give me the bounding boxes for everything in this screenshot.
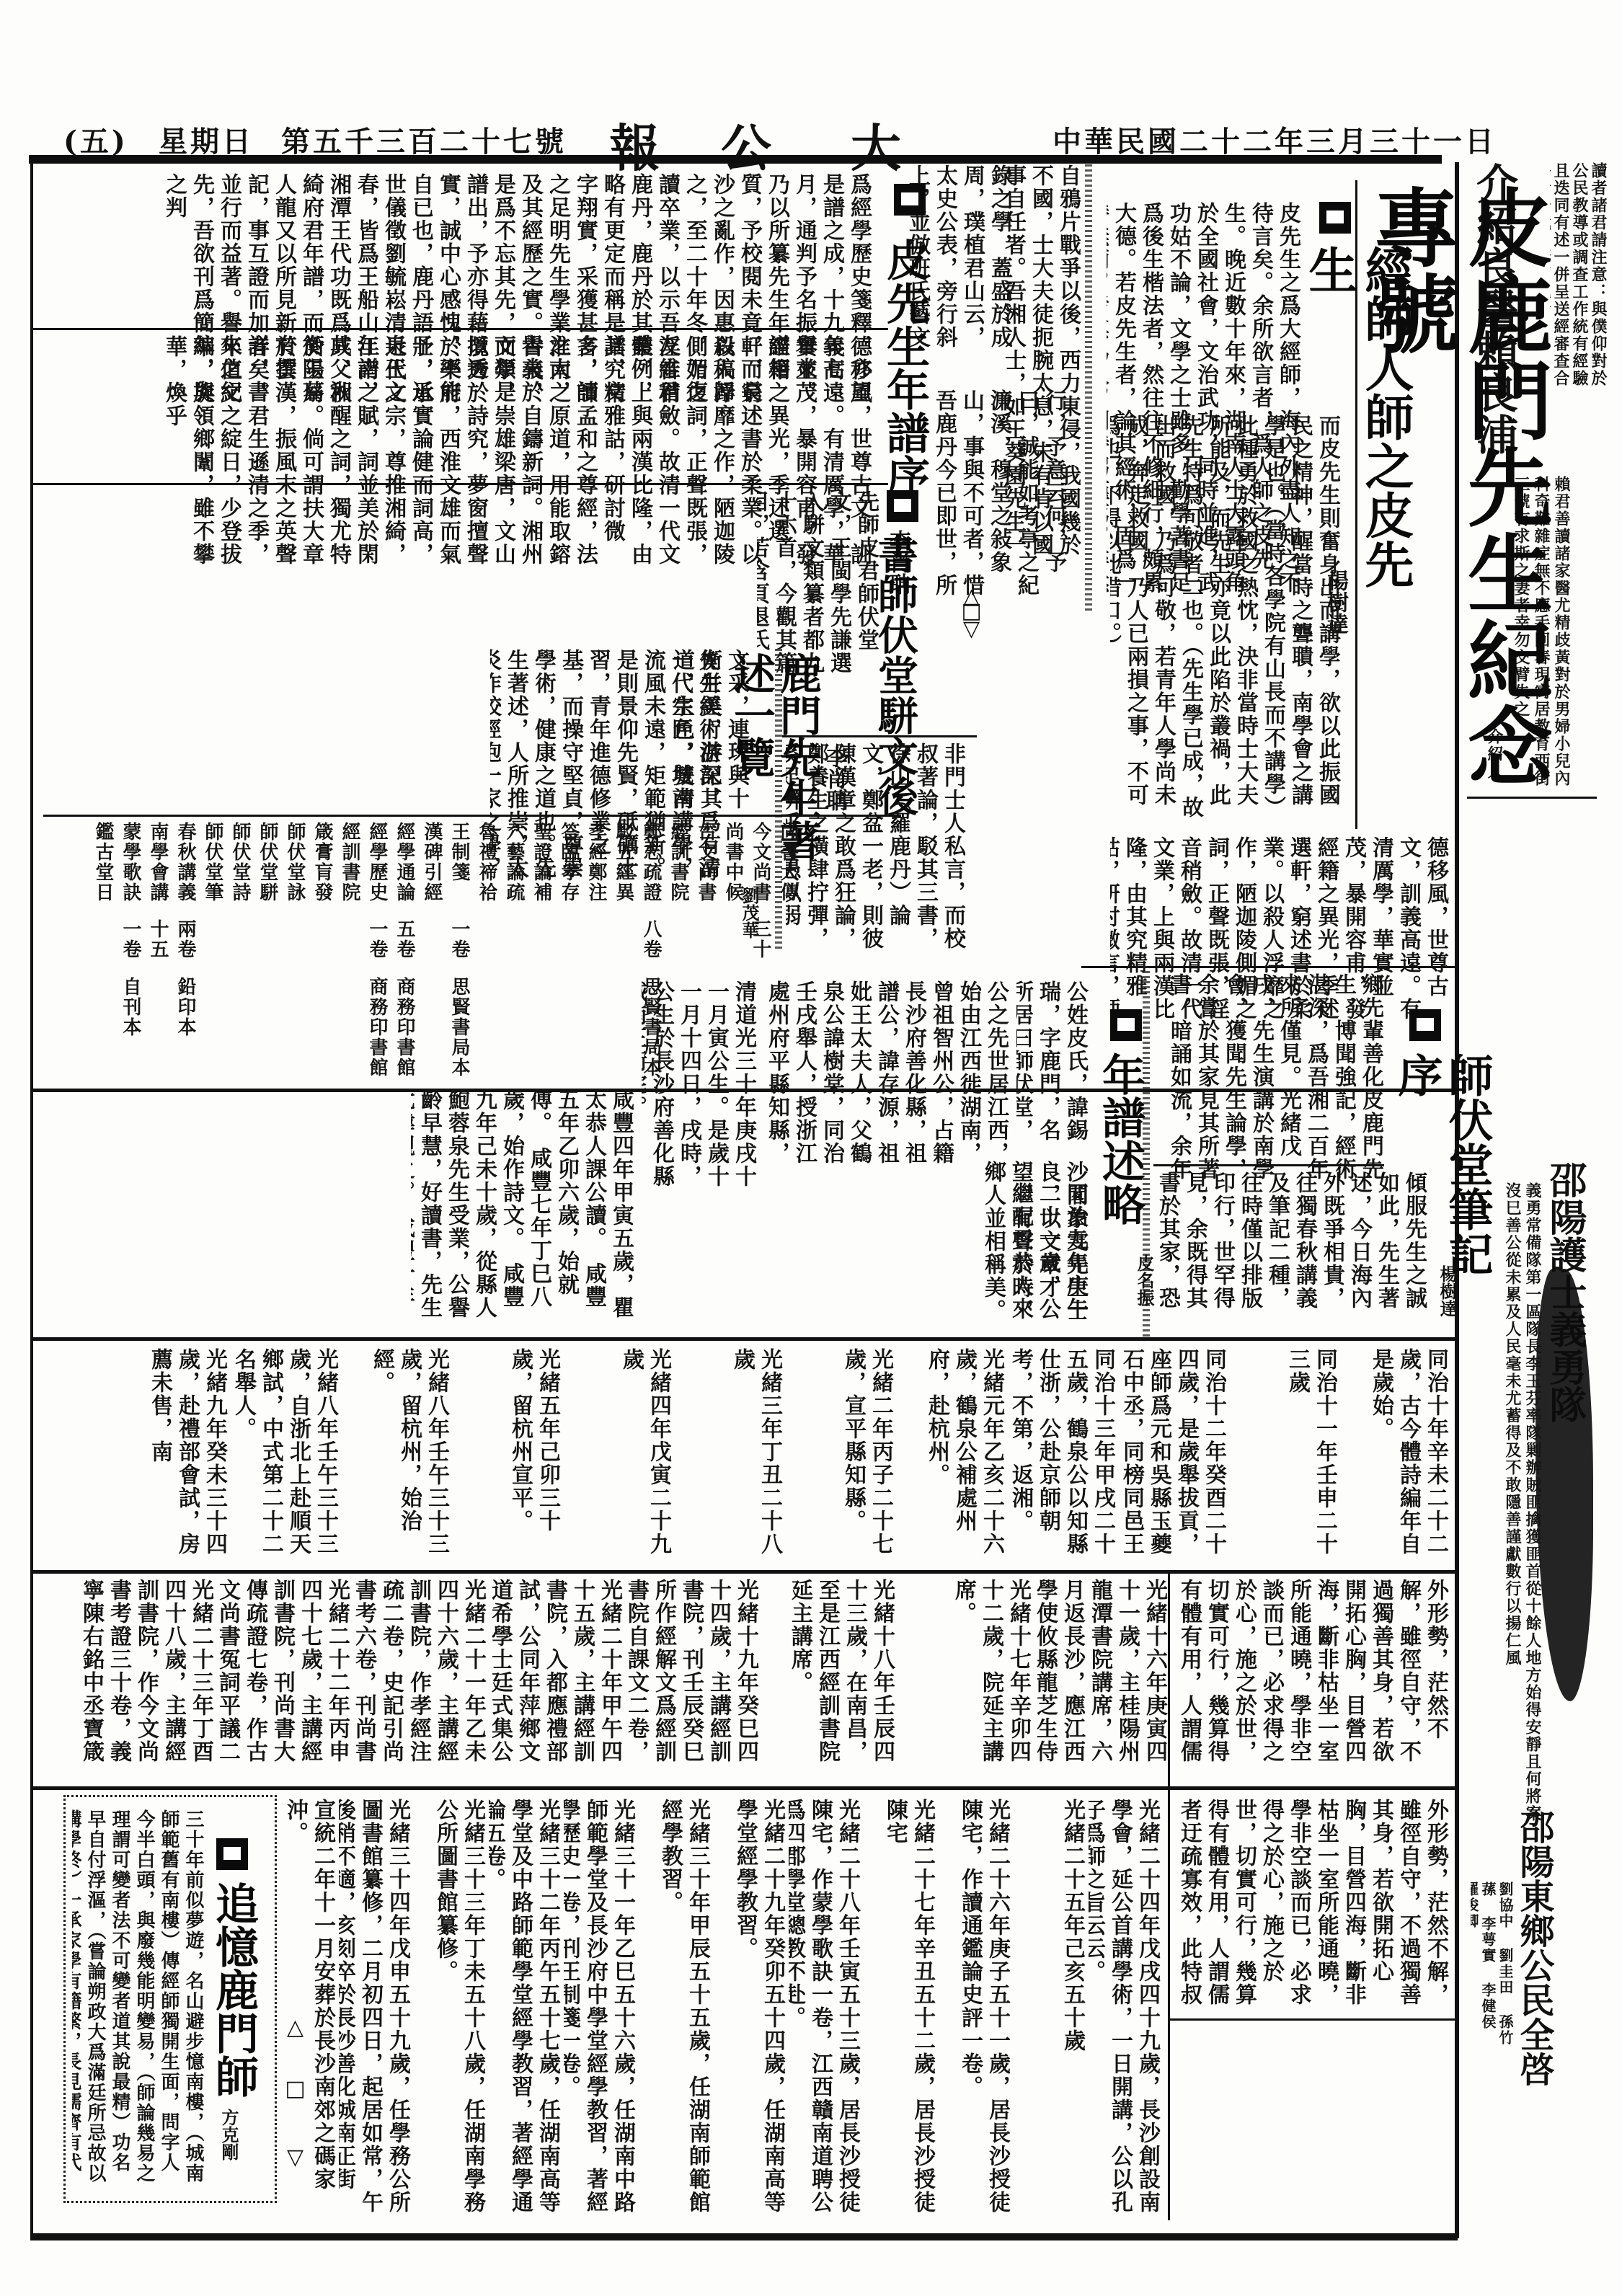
column-text: 光緒八年壬午三十三歲，自浙北上赴順天鄉試，中式第二十二名舉人。 xyxy=(231,1348,339,1564)
page-number: (五) xyxy=(63,119,128,160)
book-title: 答臨孝存周禮難 xyxy=(555,822,581,919)
book-title: 南學會講義 xyxy=(144,822,170,919)
column-text: 光緒三十四年戊申五十九歲，任學務公所圖書館纂修，二月初四日，起居如常，午後稍不適… xyxy=(339,1799,411,2224)
book-volumes: 二卷 xyxy=(692,919,693,977)
column-text: 光緒三十二年丙午五十七歲，任湖南高等學堂及中路師範學堂經學教習，著經學通論五卷。 xyxy=(489,1799,561,2224)
article-author-nianpu-shulue: 皮名振 xyxy=(1132,1254,1156,1319)
book-title: 六藝論疏證 xyxy=(500,822,526,919)
book-title: 經訓書院自課文 xyxy=(336,822,362,919)
book-volumes: 一卷 xyxy=(719,919,721,977)
book-title: 古文尚書冤詞平議 xyxy=(692,822,718,919)
issue-date: 中華民國二十二年三月三十一日 xyxy=(1052,119,1497,160)
book-title: 師伏堂詠史 xyxy=(281,822,307,919)
nianpu-band-3: 光緒二十四年戊戌四十九歲，長沙創設南學會，延公首講學術，一日開講，公以孔子爲師之… xyxy=(238,1799,1161,2224)
book-title: 尚書大傳疏證 xyxy=(774,822,800,919)
column-text: 光緒二十三年丁酉四十八歲，主講經訓書院，作今文尚書考證三十卷，義寧陳右銘中丞寶箴… xyxy=(81,1579,214,1781)
book-volumes: 七卷 xyxy=(774,919,776,977)
book-list-item: 經學通論五卷商務印書館本（詩，書，易，春秋，三禮。） xyxy=(391,822,417,1081)
column-text: 光緒十七年辛卯四十二歲，院延主講席。 xyxy=(898,1579,1032,1781)
band-divider xyxy=(30,1786,1458,1790)
ad-shaoyang-body: 義勇常備隊第一區隊長李玉芬率隊剿辦賊匪擒獲匪首從十餘人地方始得安靜且何將案沒巳善… xyxy=(1499,1182,1543,1831)
article-body-jingshi-3: 而皮先生則奮身出而講學，欲以此振國民之精神，醒當時之聾聵，南學會之講學是也。（當… xyxy=(1110,415,1341,825)
column-text: 光緒二年丙子二十七歲，宣平縣知縣。 xyxy=(786,1348,894,1564)
band-divider xyxy=(43,815,901,817)
book-volumes: 三十卷 xyxy=(747,919,773,977)
book-volumes: 六卷 xyxy=(226,919,228,977)
band-divider xyxy=(30,1337,1155,1341)
column-text: 光緒五年己卯三十歲，留杭州宣平。 xyxy=(453,1348,561,1564)
book-list-item: 王制箋一卷思賢書局本 xyxy=(446,822,471,1081)
book-title: 師伏堂筆記 xyxy=(199,822,225,919)
column-text: 同治十年辛未二十二歲，古今體詩編年自是歲始。 xyxy=(1341,1348,1449,1564)
book-title: 今文尚書考證 xyxy=(747,822,773,919)
book-title: 師伏堂詩草 xyxy=(226,822,252,919)
book-list-item: 孝經鄭注疏二卷思賢書局本 xyxy=(582,822,608,1081)
book-volumes: 二卷 xyxy=(665,919,666,977)
column-text: 光緒二十九年癸卯五十四歲，任湖南高等學堂經學教習。 xyxy=(714,1799,786,2224)
book-title: 鑑古堂日記鈔 xyxy=(89,822,115,919)
article-heading-nianpu-xu: 皮先生年譜序 xyxy=(879,238,930,512)
column-text: 光緒二十八年壬寅五十三歲，居長沙授徒陳宅，作蒙學歌訣一卷，江西贛南道聘公爲四郡學… xyxy=(789,1799,861,2224)
article-body-biji-xu-1: 鄉先輩善化皮鹿門先生，博聞強記，經術湛深，爲吾湘二百年來所僅見。光緒戊戌，先生演… xyxy=(1168,973,1384,1182)
book-list-item: 六藝論疏證一卷思賢書局本 xyxy=(500,822,526,1081)
band-divider xyxy=(30,328,888,330)
column-text: 光緒二十二年丙申四十七歲，主講經訓書院，刊尚書大傳疏證七卷，作古文尚書冤詞平議二… xyxy=(217,1579,350,1781)
article-body-zhuiyi: 三十年前似夢遊，名山避步憶南樓，（城南師範舊有南樓）傳經師獨開生面，問字人今半白… xyxy=(72,1809,205,2184)
article-body-nianpu-xu-3: 行，予意云何，予曰，誠能如考亭之紀濂溪，穆堂之敍象山，事與不可者，惜吾鹿丹今已即… xyxy=(930,389,1067,606)
book-edition: 自刊本 xyxy=(120,977,141,1037)
ad-shaoyang-signature: 邵陽東鄉公民全啓 xyxy=(1514,1809,1554,2213)
column-text: 光緒二十六年庚子五十一歲，居長沙授徒陳宅，作讀通鑑論史評一卷。 xyxy=(939,1799,1011,2224)
column-text: 光緒二十年甲午四十五歲，主講經訓書院，入都應禮部試，公同年萍鄉文道希學士廷式集公… xyxy=(489,1579,623,1781)
section-marker-icon xyxy=(1319,202,1351,236)
column-text: 光緒三十一年乙巳五十六歲，任湖南中路師範學堂及長沙府中學堂經學教習，著經學歷史一… xyxy=(564,1799,636,2224)
column-text: 光緒十九年癸巳四十四歲，主講經訓書院，刊壬辰癸巳所作經解文爲經訓書院自課文二卷，… xyxy=(626,1579,759,1781)
book-list-item: 答臨孝存周禮難一卷思賢書局本 xyxy=(555,822,581,1081)
book-title: 師伏堂駢文 xyxy=(254,822,280,919)
column-text: 光緒十六年庚寅四十一歲，主桂陽州龍潭書院講席，六月返長沙，應江西學使攸縣龍芝生侍… xyxy=(1034,1579,1168,1781)
book-list-item: 鑑古堂日記鈔四卷江西陳氏本 xyxy=(89,822,115,1081)
book-volumes: 十五篇 xyxy=(144,919,170,977)
book-title: 經學通論 xyxy=(392,822,417,919)
book-list-item: 聖證論補評二卷思賢書局本 xyxy=(528,822,554,1081)
book-list-item: 箴膏肓發墨守起廢疾疏證三卷思賢書局本（附詞一卷） xyxy=(309,822,334,1081)
book-volumes: 一卷 xyxy=(610,919,611,977)
column-text: 光緒二十四年戊戌四十九歲，長沙創設南學會，延公首講學術，一日開講，公以孔子爲師之… xyxy=(1089,1799,1161,2224)
book-list-item: 師伏堂筆記三卷有皮氏家刻本及湘報館重刻本兩種 xyxy=(199,822,225,1081)
paper-name-char-3: 大 xyxy=(851,108,901,181)
column-text: 光緒二十一年乙未四十六歲，主講經訓書院，作孝經注疏二卷，史記引尚書考六卷，刊尚書… xyxy=(353,1579,487,1781)
newspaper-page: (五) 星期日 第五千三百二十七號 報 公 大 中華民國二十二年三月三十一日 讀… xyxy=(0,0,1622,2296)
book-title: 經訓書院自課文 xyxy=(665,822,691,919)
column-text: 光緒二十五年己亥五十歲 xyxy=(1014,1799,1086,2224)
article-body-left-essay: 德移風，世尊古文，訓義高遠。有清厲學，華實並茂，暴開容甫，發經籍之異光，季述選軒… xyxy=(43,335,872,573)
paper-name-char-2: 公 xyxy=(721,108,771,181)
book-list-item: 駁五經異義疏證一卷思賢書局本 xyxy=(610,822,636,1081)
paper-name-char-1: 報 xyxy=(609,108,660,181)
book-volumes: 二卷 xyxy=(582,919,584,977)
section-marker-icon xyxy=(1409,1009,1441,1044)
book-edition: 鉛印本 xyxy=(174,977,196,1037)
book-title: 箴膏肓發墨守起廢疾疏證 xyxy=(309,822,334,919)
column-break xyxy=(1168,2018,1456,2021)
column-text: 光緒三十三年丁未五十八歲，任湖南學務公所圖書館纂修。 xyxy=(414,1799,486,2224)
band-divider xyxy=(1081,966,1456,968)
book-title: 春秋講義 xyxy=(173,822,198,919)
column-text: 光緒三十年甲辰五十五歲，任湖南師範館經學教習。 xyxy=(639,1799,711,2224)
book-title: 漢碑引經考 xyxy=(418,822,444,919)
column-break xyxy=(1153,1164,1384,1166)
column-text: 光緒三年丁丑二十八歲 xyxy=(675,1348,783,1564)
column-text: 同治十二年癸酉二十四歲，是歲舉拔貢，座師爲元和吳縣玉夔石中丞，同榜同邑王仲山學使… xyxy=(1119,1348,1227,1564)
column-text: 光緒二十七年辛丑五十二歲，居長沙授徒陳宅 xyxy=(864,1799,936,2224)
book-title: 駁五經異義疏證 xyxy=(610,822,636,919)
book-volumes: 四卷 xyxy=(89,919,91,977)
column-text: 同治十一年壬申二十三歲 xyxy=(1230,1348,1338,1564)
book-volumes: 一卷 xyxy=(447,919,471,977)
nianpu-band-1: 同治十年辛未二十二歲，古今體詩編年自是歲始。同治十一年壬申二十三歲同治十二年癸酉… xyxy=(43,1348,1449,1564)
book-volumes: 一卷 xyxy=(281,919,283,977)
bottom-border xyxy=(30,2233,1458,2240)
book-list-item: 春秋講義兩卷鉛印本 xyxy=(172,822,198,1081)
article-author-zhuiyi: 方克剛 xyxy=(216,2109,241,2173)
weekday: 星期日 xyxy=(159,119,254,160)
book-list-item: 漢碑引經考六卷思賢書局本附漢碑引緯考一卷 xyxy=(418,822,444,1081)
article-author-biji-xu: 楊樹達 xyxy=(1435,1265,1459,1323)
section-marker-icon xyxy=(216,1838,248,1873)
book-volumes: 一卷 xyxy=(365,919,389,977)
book-volumes: 一卷 xyxy=(473,919,474,977)
book-volumes: 一卷 xyxy=(500,919,502,977)
nianpu-band-2: 光緒十六年庚寅四十一歲，主桂陽州龍潭書院講席，六月返長沙，應江西學使攸縣龍芝生侍… xyxy=(43,1579,1168,1781)
nianpu-band-4 xyxy=(1175,2026,1449,2220)
column-text: 光緒十八年壬辰四十三歲，在南昌，至是江西經訓書院延主講席。 xyxy=(762,1579,895,1781)
masthead-rule xyxy=(29,155,1442,164)
article-body-essay-mid-2: 外形勢，茫然不解，雖徑自守，不過獨善其身，若欲開拓心胸，目營四海，斷非枯坐一室所… xyxy=(1175,1799,1449,2008)
book-title: 聖證論補評 xyxy=(528,822,554,919)
column-text: 光緒九年癸未三十四歲，赴禮部會試，房薦未售，南 xyxy=(120,1348,228,1564)
book-title: 王制箋 xyxy=(447,822,471,919)
book-title: 蒙學歌訣 xyxy=(118,822,143,919)
band-divider xyxy=(1153,1337,1456,1341)
book-volumes: 八卷 xyxy=(639,919,663,977)
end-marker-down-icon: ▽ xyxy=(959,616,984,642)
column-divider xyxy=(1168,1572,1170,2220)
book-volumes: 一卷 xyxy=(118,919,143,977)
book-volumes: 六卷 xyxy=(254,919,255,977)
section-marker-icon xyxy=(894,184,926,218)
nianpu-entries-xianfeng: 咸豐四年甲寅五歲，瞿太恭人課公讀。 咸豐五年乙卯六歲，始就傅。 咸豐七年丁巳八歲… xyxy=(411,1089,634,1326)
book-title: 魯禮禘祫義疏證 xyxy=(473,822,499,919)
nianpu-entry: 公姓皮氏，諱錫瑞，字鹿門，名所居曰師伏堂，學者稱爲師伏先生，善化人，南宋之裔，清… xyxy=(1016,980,1089,1146)
end-marker-up-icon: △ xyxy=(283,2015,308,2040)
column-divider xyxy=(1085,164,1092,611)
book-list-item: 蒙學歌訣一卷自刊本 xyxy=(117,822,143,1081)
book-title: 鄭志疏證 xyxy=(639,822,663,919)
article-heading-zhuiyi: 追憶鹿門師 xyxy=(209,1881,258,2127)
book-volumes: 六卷 xyxy=(418,919,420,977)
nianpu-entry: 公之先世居江西，始由江西徙湖南，曾祖智州公，占籍長沙府善化縣，祖譜公，諱存源，祖… xyxy=(764,980,1009,1175)
book-volumes: 三卷 xyxy=(336,919,337,977)
article-body-biji-xu-2: 傾服先生之誠如此，先生著述，今日海內外既爭相貴，往獨春秋講義及筆記二種，往時僅以… xyxy=(1153,1171,1427,1330)
book-list-item: 師伏堂詠史一卷 xyxy=(281,822,307,1081)
band-divider xyxy=(30,483,888,485)
book-volumes: 二卷 xyxy=(528,919,529,977)
book-volumes: 五卷 xyxy=(392,919,417,977)
book-edition: 思賢書局本 xyxy=(448,977,470,1078)
band-divider xyxy=(30,1570,1458,1574)
end-marker-box-icon: □ xyxy=(283,2076,308,2101)
nianpu-entry: 清道光三十年庚戌十一月寅公生。是歲十一月十四日，戌時，公生於長沙府善化縣城南正街… xyxy=(642,980,757,1197)
section-marker-icon xyxy=(887,490,918,525)
column-text: 光緒元年乙亥二十六歲，鶴泉公補處州府，赴杭州。 xyxy=(897,1348,1005,1564)
article-body-essay-mid: 外形勢，茫然不解，雖徑自守，不過獨善其身，若欲開拓心胸，目營四海，斷非枯坐一室所… xyxy=(1175,1579,1449,1781)
book-volumes: 一卷 xyxy=(555,919,557,977)
left-border xyxy=(30,162,33,2238)
book-list-item: 經學歷史一卷商務印書館本周予同注 xyxy=(363,822,389,1081)
book-title: 經學歷史 xyxy=(365,822,389,919)
book-list-item: 魯禮禘祫義疏證一卷思賢書局本 xyxy=(473,822,499,1081)
ad-side-note: 讀者諸君請注意：與僕仰對於公民教導或調查工作統有經驗且迭同有述一併呈送經審查合格… xyxy=(1550,162,1608,393)
book-volumes: 兩卷 xyxy=(173,919,198,977)
ad-shaoyang-signers: 劉協中 劉圭田 孫竹蓀 李萼實 李健侯 羅俊卿 xyxy=(1471,1881,1514,2055)
book-title: 尚書中候疏證 xyxy=(719,822,745,919)
book-list-item: 南學會講義十五篇在湘報中未別刻 xyxy=(144,822,170,1081)
book-volumes: 三卷 xyxy=(199,919,200,977)
end-marker-down-icon: ▽ xyxy=(283,2145,308,2170)
book-list-item: 師伏堂駢文六卷自刊本 xyxy=(254,822,280,1081)
issue-number: 第五千三百二十七號 xyxy=(281,119,567,160)
book-title: 孝經鄭注疏 xyxy=(582,822,608,919)
book-list-item: 師伏堂詩草六卷自刊本 xyxy=(226,822,252,1081)
section-marker-icon xyxy=(1110,1009,1142,1044)
column-text: 光緒四年戊寅二十九歲 xyxy=(564,1348,672,1564)
column-text: 同治十三年甲戌二十五歲，鶴泉公以知縣仕浙，公赴京師朝考，不第，返湘。 xyxy=(1008,1348,1116,1564)
book-list-item: 經訓書院自課文三卷江西本 xyxy=(336,822,362,1081)
column-text: 光緒八年壬午三十三歲，留杭州，始治經。 xyxy=(342,1348,450,1564)
nianpu-entry: 同治九年庚午二十一歲，公繼配貢恭人來歸。 xyxy=(1009,1182,1089,1341)
